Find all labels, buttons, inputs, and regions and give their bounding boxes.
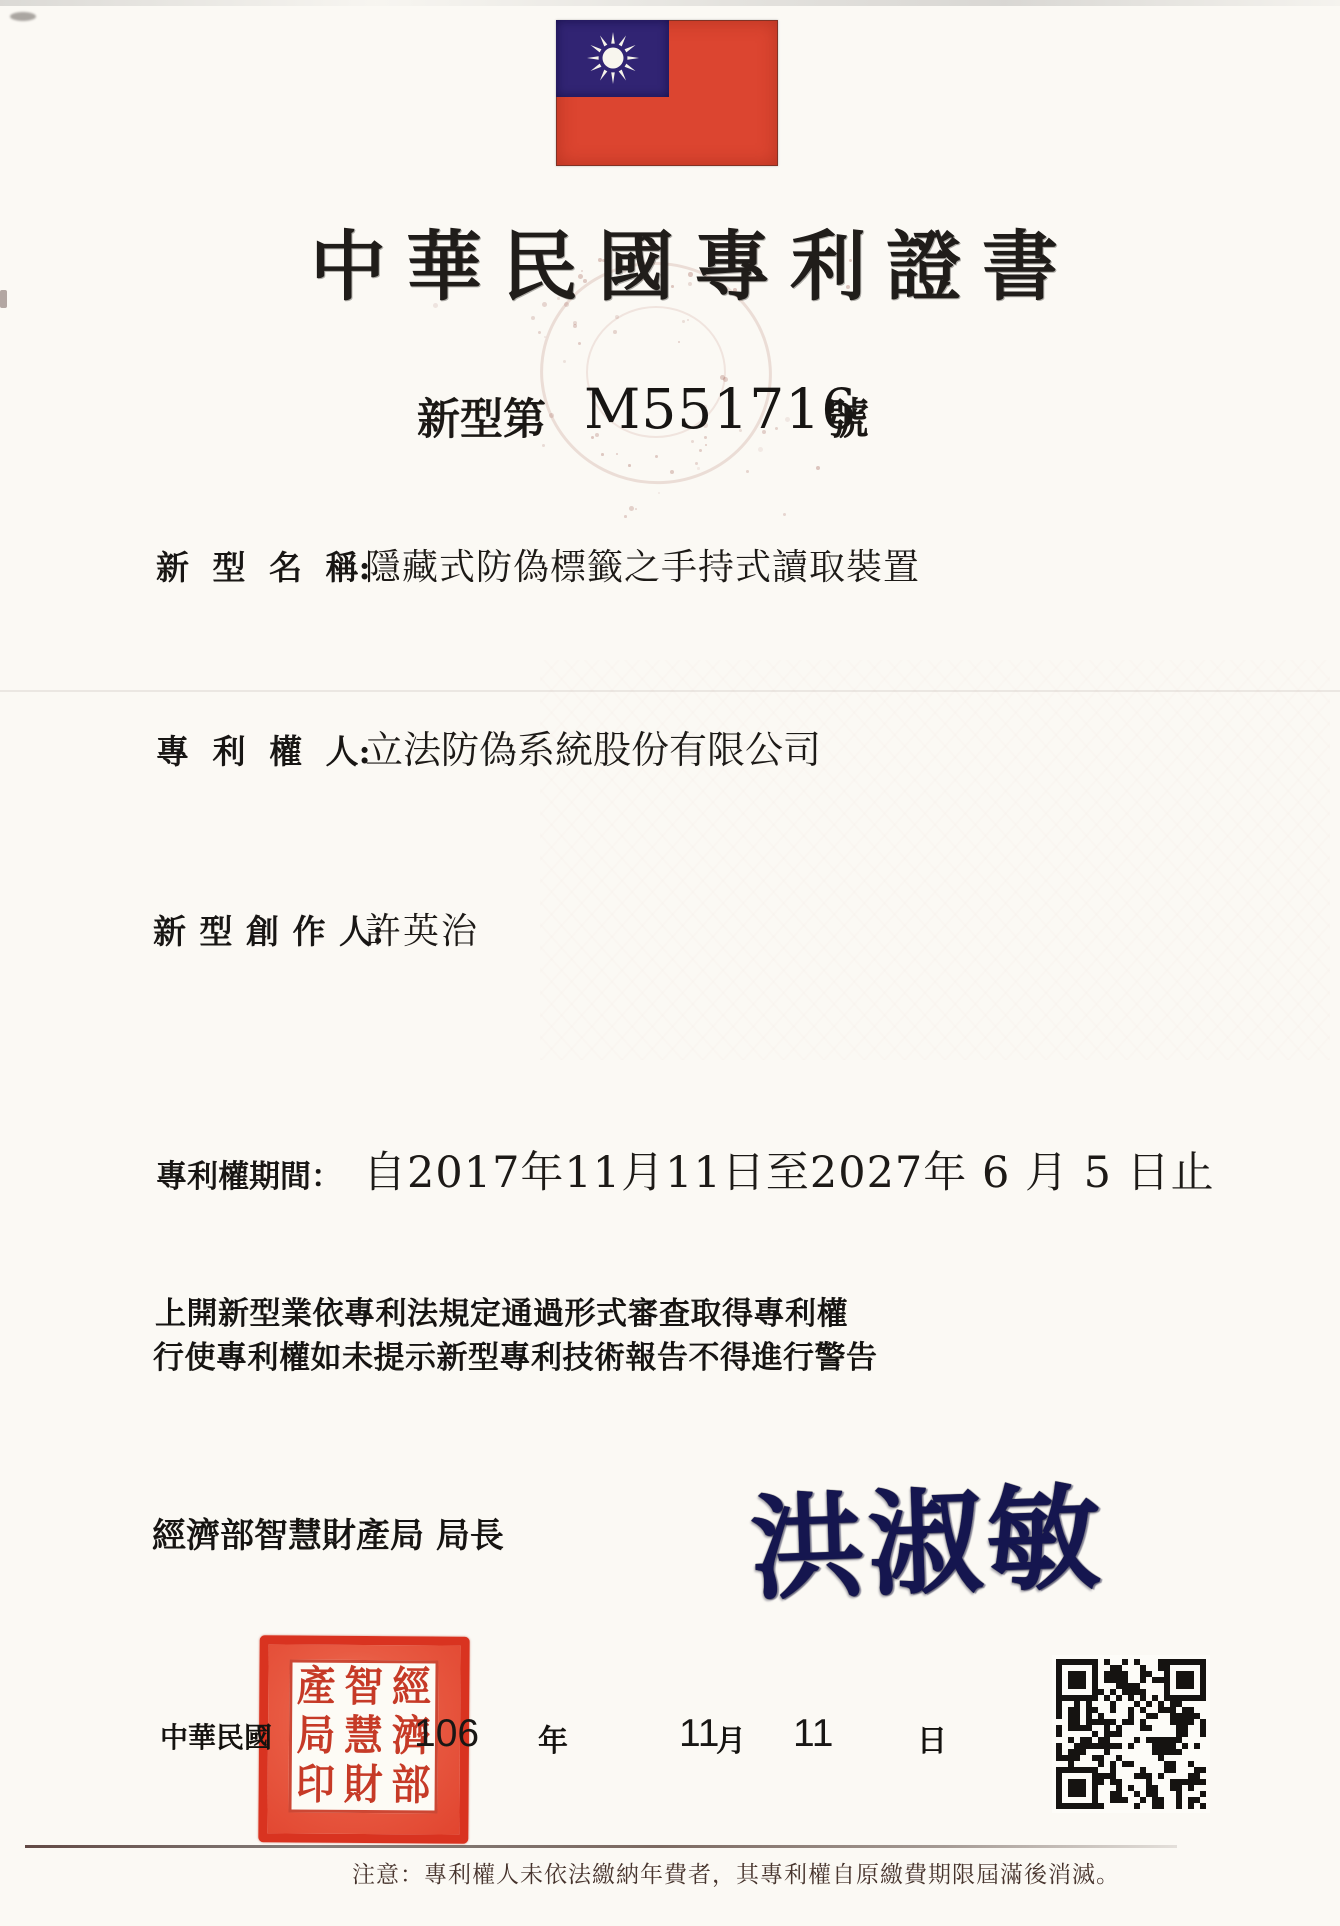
certificate-number-suffix: 號 [826, 386, 869, 447]
director-general-signature: 洪淑敏 [747, 1446, 1107, 1622]
seal-character: 產 [292, 1661, 340, 1714]
field-label: 新 型 創 作 人: [153, 912, 365, 952]
date-month-unit: 月 [716, 1716, 746, 1760]
anticopy-watermark-pattern [540, 660, 1330, 1060]
seal-character: 局 [292, 1710, 340, 1763]
issuing-office-title: 經濟部智慧財產局 局長 [152, 1508, 504, 1557]
field-label: 新 型 名 稱: [156, 548, 365, 588]
date-day: 11 [793, 1712, 834, 1756]
date-year: 106 [414, 1712, 479, 1756]
taiwan-flag-image [556, 20, 778, 166]
seal-character: 財 [339, 1759, 387, 1812]
seal-character: 智 [340, 1661, 388, 1714]
scan-smudge [10, 12, 36, 21]
date-era-label: 中華民國 [160, 1716, 272, 1756]
seal-character: 部 [387, 1759, 435, 1812]
field-label: 專利權期間： [156, 1159, 363, 1196]
scan-edge-mark [0, 290, 7, 308]
date-year-unit: 年 [538, 1716, 568, 1760]
patent-certificate-page: 中華民國專利證書 新型第 M551716 號 新 型 名 稱: 隱藏式防偽標籤之… [0, 0, 1340, 1926]
field-utility-model-name: 新 型 名 稱: 隱藏式防偽標籤之手持式讀取裝置 [156, 546, 920, 589]
legal-statement-line-2: 行使專利權如未提示新型專利技術報告不得進行警告 [153, 1332, 878, 1377]
seal-character: 經 [388, 1661, 436, 1714]
footer-divider [25, 1845, 1177, 1848]
field-label: 專 利 權 人: [156, 732, 365, 772]
field-creator: 新 型 創 作 人: 許英治 [153, 910, 479, 953]
legal-statement-line-1: 上開新型業依專利法規定通過形式審查取得專利權 [155, 1288, 848, 1333]
field-value: 許英治 [365, 910, 479, 953]
date-month: 11 [679, 1712, 720, 1756]
white-sun-icon [556, 20, 669, 97]
field-patentee: 專 利 權 人: 立法防偽系統股份有限公司 [156, 728, 821, 774]
flag-canton [556, 20, 669, 97]
date-day-unit: 日 [917, 1716, 947, 1760]
qr-code [1052, 1655, 1210, 1813]
seal-character: 印 [291, 1759, 339, 1812]
field-value: 自2017年11月11日至2027年 6 月 5 日止 [363, 1148, 1215, 1200]
certificate-number: M551716 [584, 377, 857, 441]
seal-character: 慧 [339, 1710, 387, 1763]
scan-edge-artifact [0, 0, 1340, 6]
footer-note: 注意：專利權人未依法繳納年費者，其專利權自原繳費期限屆滿後消滅。 [352, 1856, 1120, 1889]
field-value: 隱藏式防偽標籤之手持式讀取裝置 [365, 546, 920, 589]
paper-crease [0, 690, 1340, 692]
certificate-number-prefix: 新型第 [417, 386, 546, 447]
certificate-title: 中華民國專利證書 [310, 206, 1078, 315]
field-value: 立法防偽系統股份有限公司 [365, 728, 821, 774]
field-patent-term: 專利權期間： 自2017年11月11日至2027年 6 月 5 日止 [156, 1148, 1215, 1200]
